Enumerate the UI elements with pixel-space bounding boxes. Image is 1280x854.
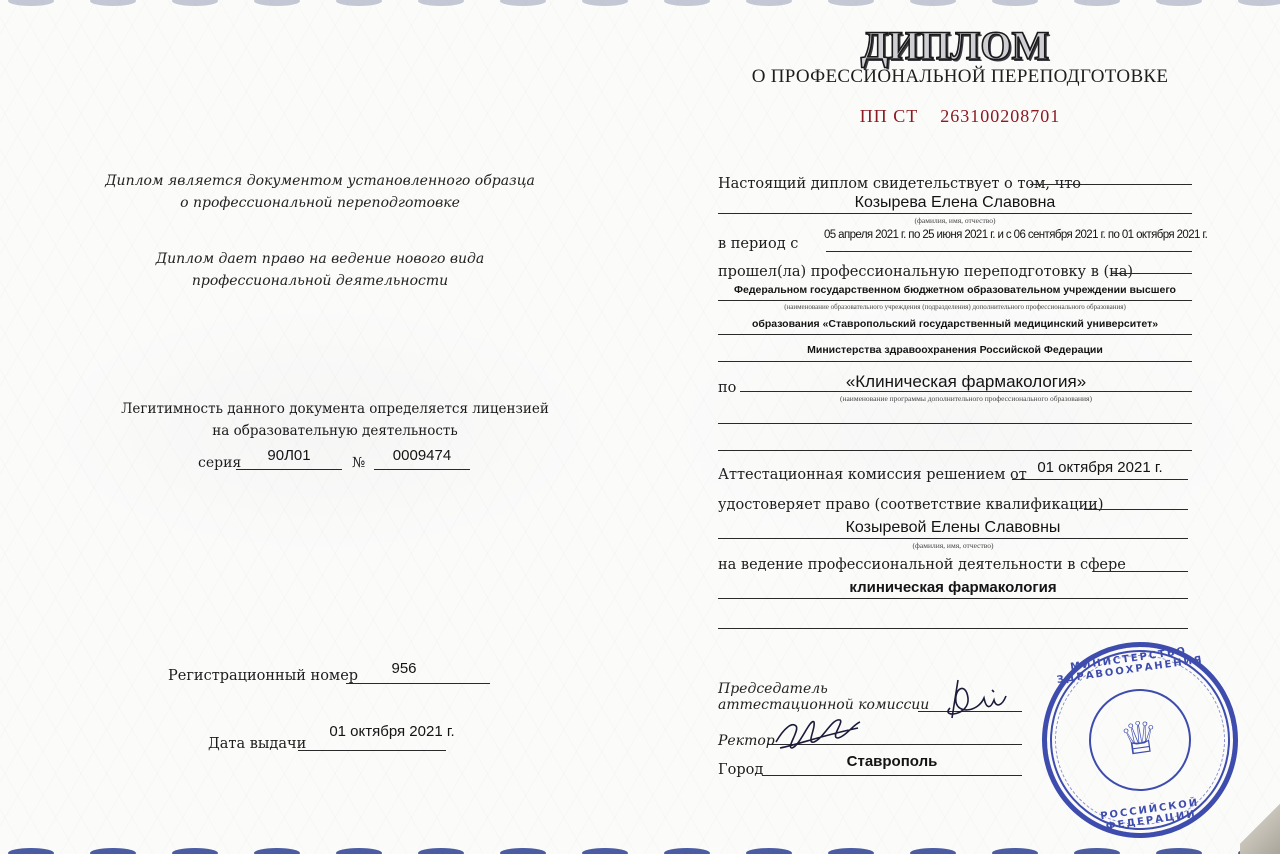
border-scallop (992, 0, 1038, 6)
license-statement: Легитимность данного документа определяе… (110, 398, 560, 442)
diploma-title: ДИПЛОМ (860, 22, 1050, 69)
page-corner-fold (1240, 794, 1280, 854)
sphere-underline (1094, 571, 1188, 572)
border-scallop (992, 848, 1038, 854)
license-series-value: 90Л01 (236, 447, 342, 464)
institution-hint: (наименование образовательного учреждени… (718, 303, 1192, 311)
completed-label: прошел(ла) профессиональную переподготов… (718, 264, 1133, 280)
official-seal: МИНИСТЕРСТВО ЗДРАВООХРАНЕНИЯ ♕ РОССИЙСКО… (1029, 629, 1250, 850)
statement-line: о профессиональной переподготовке (90, 192, 550, 214)
border-scallop (1238, 0, 1280, 6)
rights-statement: Диплом дает право на ведение нового вида… (90, 248, 550, 292)
number-underline (374, 469, 470, 470)
registration-number-label: Регистрационный номер (168, 668, 358, 684)
rector-signature (770, 708, 870, 754)
commission-date-value: 01 октября 2021 г. (1012, 459, 1188, 476)
full-name-underline (718, 213, 1192, 214)
institution-line-1: Федеральном государственном бюджетном об… (718, 284, 1192, 296)
border-scallop (910, 0, 956, 6)
document-status-statement: Диплом является документом установленног… (90, 170, 550, 214)
license-number-value: 0009474 (374, 447, 470, 464)
coat-of-arms-icon: ♕ (1109, 706, 1171, 773)
issue-date-label: Дата выдачи (208, 736, 306, 752)
name-genitive-hint: (фамилия, имя, отчество) (718, 541, 1188, 550)
border-scallop (336, 848, 382, 854)
border-scallop (336, 0, 382, 6)
border-scallop (1074, 848, 1120, 854)
diploma-subtitle: О ПРОФЕССИОНАЛЬНОЙ ПЕРЕПОДГОТОВКЕ (740, 66, 1180, 88)
border-scallop (664, 848, 710, 854)
commission-label: Аттестационная комиссия решением от (718, 467, 1027, 483)
border-scallop (254, 0, 300, 6)
border-scallop (500, 0, 546, 6)
chairman-label-line: Председатель (718, 681, 929, 697)
full-name-value: Козырева Елена Славовна (718, 194, 1192, 212)
license-line: Легитимность данного документа определяе… (110, 398, 560, 420)
sphere-value: клиническая фармакология (718, 579, 1188, 596)
border-scallop (254, 848, 300, 854)
institution-underline-2 (718, 334, 1192, 335)
series-underline (236, 469, 342, 470)
border-scallop (418, 0, 464, 6)
border-scallop (910, 848, 956, 854)
border-scallop (8, 0, 54, 6)
bottom-decorative-border (0, 848, 1280, 854)
commission-date-underline (1012, 479, 1188, 480)
period-value: 05 апреля 2021 г. по 25 июня 2021 г. и с… (824, 229, 1207, 241)
border-scallop (90, 848, 136, 854)
rector-signature-line (768, 744, 1022, 745)
chairman-label-line: аттестационной комиссии (718, 697, 929, 713)
institution-underline-1 (718, 300, 1192, 301)
serial-number: 263100208701 (940, 106, 1060, 126)
program-label: по (718, 380, 736, 396)
rector-label: Ректор (718, 733, 775, 749)
period-label: в период с (718, 236, 798, 252)
border-scallop (828, 848, 874, 854)
city-underline (762, 775, 1022, 776)
name-genitive-underline (718, 538, 1188, 539)
program-hint: (наименование программы дополнительного … (740, 394, 1192, 403)
border-scallop (172, 0, 218, 6)
border-scallop (8, 848, 54, 854)
sphere-extra-line (718, 628, 1188, 629)
license-line: на образовательную деятельность (110, 420, 560, 442)
certifies-label: Настоящий диплом свидетельствует о том, … (718, 176, 1081, 192)
period-underline (826, 251, 1192, 252)
sphere-label: на ведение профессиональной деятельности… (718, 557, 1126, 573)
program-extra-line-1 (718, 423, 1192, 424)
city-label: Город (718, 762, 763, 778)
completed-underline (1112, 273, 1192, 274)
statement-line: Диплом дает право на ведение нового вида (90, 248, 550, 270)
issue-date-value: 01 октября 2021 г. (312, 723, 472, 740)
number-sign-label: № (352, 455, 365, 471)
top-decorative-border (0, 0, 1280, 6)
institution-line-3: Министерства здравоохранения Российской … (718, 344, 1192, 356)
institution-underline-3 (718, 361, 1192, 362)
issue-date-underline (298, 750, 446, 751)
registration-number-underline (346, 683, 490, 684)
chairman-label: Председатель аттестационной комиссии (718, 681, 929, 713)
border-scallop (828, 0, 874, 6)
certifies-underline (1030, 184, 1192, 185)
right-certification-underline (1084, 509, 1188, 510)
program-extra-line-2 (718, 450, 1192, 451)
diploma-serial: ПП СТ 263100208701 (800, 106, 1120, 127)
sphere-value-underline (718, 598, 1188, 599)
border-scallop (582, 0, 628, 6)
statement-line: Диплом является документом установленног… (90, 170, 550, 192)
right-certification-label: удостоверяет право (соответствие квалифи… (718, 497, 1104, 513)
series-label: серия (198, 455, 241, 471)
serial-prefix: ПП СТ (860, 106, 919, 126)
border-scallop (664, 0, 710, 6)
border-scallop (500, 848, 546, 854)
border-scallop (746, 0, 792, 6)
border-scallop (746, 848, 792, 854)
border-scallop (1074, 0, 1120, 6)
city-value: Ставрополь (762, 753, 1022, 770)
name-genitive-value: Козыревой Елены Славовны (718, 519, 1188, 537)
border-scallop (1156, 0, 1202, 6)
border-scallop (582, 848, 628, 854)
institution-line-2: образования «Ставропольский государствен… (718, 318, 1192, 330)
border-scallop (172, 848, 218, 854)
statement-line: профессиональной деятельности (90, 270, 550, 292)
border-scallop (90, 0, 136, 6)
registration-number-value: 956 (346, 660, 462, 677)
chairman-signature (930, 668, 1020, 728)
program-value: «Клиническая фармакология» (740, 372, 1192, 392)
border-scallop (418, 848, 464, 854)
chairman-signature-line (918, 711, 1022, 712)
full-name-hint: (фамилия, имя, отчество) (718, 216, 1192, 225)
border-scallop (1156, 848, 1202, 854)
